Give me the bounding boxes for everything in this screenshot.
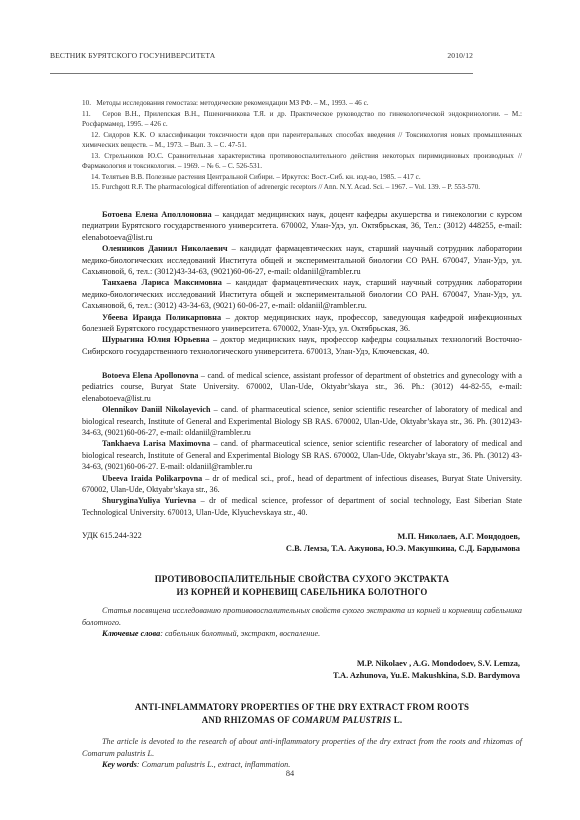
- abstract-text: Статья посвящена исследованию противовос…: [82, 605, 522, 628]
- author-info-en: Botoeva Elena Apollonovna – cand. of med…: [82, 370, 522, 518]
- running-header: ВЕСТНИК БУРЯТСКОГО ГОСУНИВЕРСИТЕТА 2010/…: [50, 47, 473, 63]
- reference-list: 10. Методы исследования гемостаза: метод…: [82, 98, 522, 193]
- author-name: Убеева Ираида Поликарповна: [102, 313, 221, 322]
- author-name: Шурыгина Юлия Юрьевна: [102, 335, 209, 344]
- author-name: Botoeva Elena Apollonovna: [102, 371, 198, 380]
- article-authors-en: M.P. Nikolaev , A.G. Mondodoev, S.V. Lem…: [333, 658, 520, 682]
- reference-item: 12. Сидоров К.К. О классификации токсичн…: [82, 130, 522, 151]
- author-name: ShuryginaYuliya Yurievna: [102, 496, 196, 505]
- header-divider: [50, 73, 473, 74]
- reference-item: 11. Серов В.Н., Прилепская В.Н., Пшеничн…: [82, 109, 522, 130]
- journal-title: ВЕСТНИК БУРЯТСКОГО ГОСУНИВЕРСИТЕТА: [50, 51, 215, 60]
- author-entry: ShuryginaYuliya Yurievna – dr of medical…: [82, 495, 522, 518]
- author-name: Ботоева Елена Аполлоновна: [102, 210, 212, 219]
- keywords-ru: Ключевые слова: сабельник болотный, экст…: [82, 628, 522, 640]
- udk-code: УДК 615.244-322: [82, 531, 142, 540]
- author-entry: Убеева Ираида Поликарповна – доктор меди…: [82, 312, 522, 335]
- author-entry: Tankhaeva Larisa Maximovna – cand. of ph…: [82, 438, 522, 472]
- reference-item: 10. Методы исследования гемостаза: метод…: [82, 98, 522, 109]
- article-title-en: ANTI-INFLAMMATORY PROPERTIES OF THE DRY …: [82, 701, 522, 726]
- author-name: Olennikov Daniil Nikolayevich: [102, 405, 210, 414]
- article-title-ru: ПРОТИВОВОСПАЛИТЕЛЬНЫЕ СВОЙСТВА СУХОГО ЭК…: [82, 573, 522, 598]
- author-info-ru: Ботоева Елена Аполлоновна – кандидат мед…: [82, 209, 522, 357]
- article-authors-ru: М.П. Николаев, А.Г. Мондодоев, С.В. Лемз…: [286, 531, 520, 555]
- abstract-ru: Статья посвящена исследованию противовос…: [82, 605, 522, 640]
- author-entry: Olennikov Daniil Nikolayevich – cand. of…: [82, 404, 522, 438]
- author-name: Tankhaeva Larisa Maximovna: [102, 439, 210, 448]
- author-name: Оленников Даниил Николаевич: [102, 244, 228, 253]
- author-entry: Ботоева Елена Аполлоновна – кандидат мед…: [82, 209, 522, 243]
- author-name: Танхаева Лариса Максимовна: [102, 278, 222, 287]
- abstract-text: The article is devoted to the research o…: [82, 736, 522, 759]
- author-name: Ubeeva Iraida Polikarpovna: [102, 474, 202, 483]
- author-entry: Botoeva Elena Apollonovna – cand. of med…: [82, 370, 522, 404]
- author-entry: Оленников Даниил Николаевич – кандидат ф…: [82, 243, 522, 277]
- reference-item: 13. Стрельников Ю.С. Сравнительная харак…: [82, 151, 522, 172]
- author-entry: Ubeeva Iraida Polikarpovna – dr of medic…: [82, 473, 522, 496]
- author-entry: Шурыгина Юлия Юрьевна – доктор медицинск…: [82, 334, 522, 357]
- reference-item: 15. Furchgott R.F. The pharmacological d…: [82, 182, 522, 193]
- abstract-en: The article is devoted to the research o…: [82, 736, 522, 771]
- author-entry: Танхаева Лариса Максимовна – кандидат фа…: [82, 277, 522, 311]
- page-number: 84: [0, 769, 580, 778]
- species-name: COMARUM PALUSTRIS: [292, 715, 391, 725]
- issue-number: 2010/12: [447, 51, 473, 60]
- reference-item: 14. Телятьев В.В. Полезные растения Цент…: [82, 172, 522, 183]
